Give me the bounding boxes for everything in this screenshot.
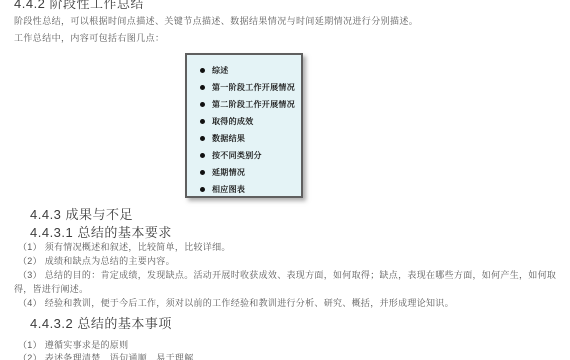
basic-items-list: （1） 遵循实事求是的原则 （2） 表述条理清楚，语句通顺，易于理解 [14,339,562,360]
requirement-item: （3） 总结的目的：肯定成绩，发现缺点。活动开展时收获成效、表现方面，如何取得；… [14,269,562,296]
list-item-label: 综述 [212,65,229,76]
list-item: 第一阶段工作开展情况 [200,79,301,96]
bullet-icon [200,170,205,175]
list-item: 数据结果 [200,130,301,147]
requirements-list: （1） 须有情况概述和叙述，比较简单，比较详细。 （2） 成绩和缺点为总结的主要… [14,241,562,311]
list-item-label: 第一阶段工作开展情况 [212,82,295,93]
bullet-icon [200,153,205,158]
summary-box: 综述 第一阶段工作开展情况 第二阶段工作开展情况 取得的成效 数据结果 按不同类… [185,53,303,198]
paragraph-box-intro: 工作总结中，内容可包括右图几点： [14,31,164,44]
list-item: 第二阶段工作开展情况 [200,96,301,113]
paragraph-stage-summary: 阶段性总结，可以根据时间点描述、关键节点描述、数据结果情况与时间延期情况进行分别… [14,14,418,27]
requirement-item: （2） 成绩和缺点为总结的主要内容。 [14,255,562,269]
bullet-icon [200,136,205,141]
list-item-label: 延期情况 [212,167,245,178]
list-item: 综述 [200,62,301,79]
requirement-item: （1） 须有情况概述和叙述，比较简单，比较详细。 [14,241,562,255]
heading-4431: 4.4.3.1 总结的基本要求 [30,222,172,241]
heading-4432: 4.4.3.2 总结的基本事项 [30,313,172,332]
bullet-icon [200,85,205,90]
basic-item: （2） 表述条理清楚，语句通顺，易于理解 [14,352,562,360]
heading-443: 4.4.3 成果与不足 [30,204,133,223]
bullet-icon [200,119,205,124]
list-item-label: 相应图表 [212,184,245,195]
list-item-label: 数据结果 [212,133,245,144]
list-item: 取得的成效 [200,113,301,130]
list-item: 相应图表 [200,181,301,198]
bullet-icon [200,187,205,192]
list-item-label: 第二阶段工作开展情况 [212,99,295,110]
bullet-icon [200,102,205,107]
list-item-label: 取得的成效 [212,116,254,127]
list-item: 按不同类别分 [200,147,301,164]
bullet-icon [200,68,205,73]
heading-442: 4.4.2 阶段性工作总结 [14,0,144,12]
document-page: 4.4.2 阶段性工作总结 阶段性总结，可以根据时间点描述、关键节点描述、数据结… [0,0,570,360]
list-item-label: 按不同类别分 [212,150,262,161]
requirement-item: （4） 经验和教训，便于今后工作，须对以前的工作经验和教训进行分析、研究、概括，… [14,297,562,311]
basic-item: （1） 遵循实事求是的原则 [14,339,562,352]
list-item: 延期情况 [200,164,301,181]
